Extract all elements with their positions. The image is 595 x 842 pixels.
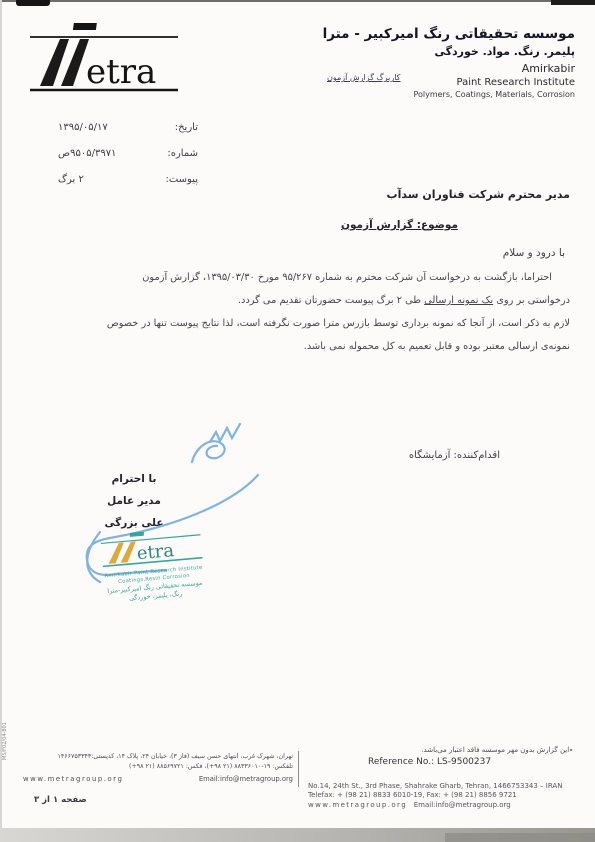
metra-logo-graphic: etra (28, 22, 180, 96)
email-fa: Email:info@metragroup.org (199, 774, 293, 785)
body-line-2-pre: درخواستی بر روی (493, 295, 570, 306)
date-value: ۱۳۹۵/۰۵/۱۷ (58, 122, 108, 133)
meta-attachment-row: پیوست: ۲ برگ (58, 174, 198, 185)
org-name-en: Amirkabir (323, 62, 575, 76)
website-fa: www.metragroup.org (23, 774, 124, 785)
stamp-logo-dash (130, 532, 144, 537)
document-code: MS/F02/04-801 (2, 722, 8, 760)
body-line-2: درخواستی بر روی یک نمونه ارسالی طی ۲ برگ… (25, 289, 570, 312)
body-line-2-post: طی ۲ برگ پیوست حضورتان تقدیم می گردد. (238, 295, 424, 306)
signature-closing: با احترام (98, 468, 170, 490)
scanned-letter-page: etra کاربرگ گزارش آزمون موسسه تحقیقاتی ر… (0, 0, 595, 842)
metra-logo: etra (28, 22, 180, 96)
address-fa-block: تهران، شهرک غرب، انتهای حسن سیف (فاز ۳)،… (23, 752, 293, 784)
subject-line: موضوع: گزارش آزمون (341, 219, 458, 231)
metra-logo-dash (73, 23, 97, 30)
institute-stamp: etra Amirkabir Paint Research Institute … (75, 525, 231, 608)
org-institute-en: Paint Research Institute (323, 76, 575, 89)
org-subtitle-fa: پلیمر. رنگ. مواد. خوردگی (323, 44, 575, 60)
recipient-line: مدیر محترم شرکت فناوران سدآب (387, 188, 570, 201)
address-en-line1: No.14, 24th St., 3rd Phase, Shahrake Gha… (308, 782, 588, 791)
signature-block: با احترام مدیر عامل علی بزرگی (98, 468, 170, 534)
org-header: موسسه تحقیقاتی رنگ امیرکبیر - مترا پلیمر… (323, 24, 575, 101)
address-en-webline: www.metragroup.org Email:info@metragroup… (308, 801, 588, 810)
scan-mark-top-left (16, 0, 50, 6)
website-en: www.metragroup.org (308, 801, 407, 809)
footer-divider (298, 751, 299, 787)
page-indicator: صفحه ۱ از ۳ (34, 795, 87, 805)
email-en: Email:info@metragroup.org (414, 801, 511, 809)
date-label: تاریخ: (175, 122, 198, 133)
body-line-2-underlined: یک نمونه ارسالی (424, 295, 493, 306)
address-fa-webline: www.metragroup.org Email:info@metragroup… (23, 774, 293, 785)
reference-number: Reference No.: LS-9500237 (368, 757, 491, 767)
validity-note: ٭این گزارش بدون مهر موسسه فاقد اعتبار می… (421, 746, 573, 754)
address-fa-line1: تهران، شهرک غرب، انتهای حسن سیف (فاز ۳)،… (23, 752, 293, 762)
metra-logo-wordmark: etra (86, 52, 156, 92)
attachment-label: پیوست: (165, 174, 198, 185)
meta-number-row: شماره: ۹۵۰۵/۳۹۷۱ص (58, 148, 198, 159)
letter-body: احتراما، بازگشت به درخواست آن شرکت محترم… (25, 266, 570, 358)
body-line-4: نمونه‌ی ارسالی معتبر بوده و قابل تعمیم ب… (25, 335, 570, 358)
salutation-line: با درود و سلام (503, 247, 565, 259)
scan-shadow-bottom-right (445, 833, 595, 842)
signatory-title: مدیر عامل (98, 490, 170, 512)
signature-loop-1 (192, 441, 225, 462)
body-line-3: لازم به ذکر است، از آنجا که نمونه برداری… (25, 312, 570, 335)
address-fa-line2: تلفکس: ۱۹-۸۸۳۳۶۰۱۰ (۲۱ ۹۸+)، فکس: ۸۸۵۶۹۷… (23, 762, 293, 772)
org-fields-en: Polymers, Coatings, Materials, Corrosion (323, 89, 575, 101)
number-label: شماره: (167, 148, 198, 159)
handler-line: اقدام‌کننده: آزمایشگاه (409, 450, 500, 461)
address-en-block: No.14, 24th St., 3rd Phase, Shahrake Gha… (308, 782, 588, 810)
address-en-line2: Telefax: + (98 21) 8833 6010-19, Fax: + … (308, 791, 588, 800)
scan-mark-top-right (551, 0, 595, 5)
attachment-value: ۲ برگ (58, 174, 84, 185)
scan-edge-left (0, 0, 2, 842)
scan-edge-top (0, 0, 595, 2)
org-title-fa: موسسه تحقیقاتی رنگ امیرکبیر - مترا (323, 24, 575, 44)
body-line-1: احتراما، بازگشت به درخواست آن شرکت محترم… (25, 266, 570, 289)
signature-scribble (210, 424, 240, 442)
meta-date-row: تاریخ: ۱۳۹۵/۰۵/۱۷ (58, 122, 198, 133)
number-value: ۹۵۰۵/۳۹۷۱ص (58, 148, 116, 159)
